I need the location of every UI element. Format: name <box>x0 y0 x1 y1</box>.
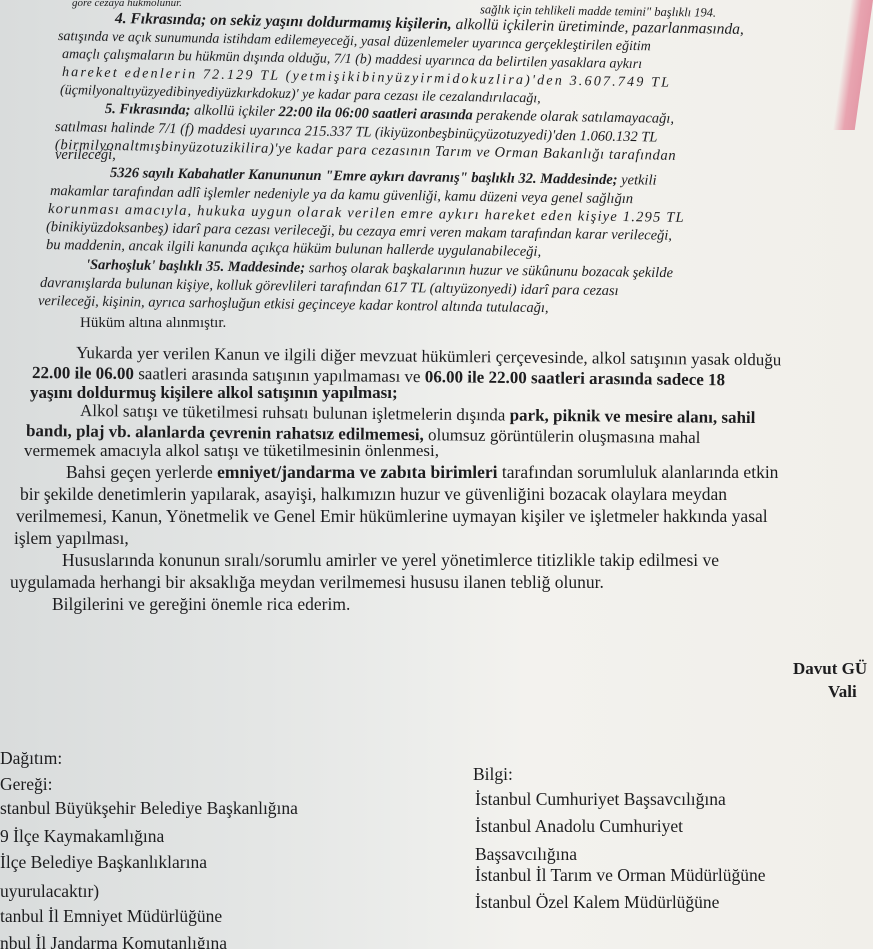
gereği-item: nbul İl Jandarma Komutanlığına <box>0 932 227 949</box>
bilgi-item: Başsavcılığına <box>475 843 577 865</box>
paragraph-line: bir şekilde denetimlerin yapılarak, asay… <box>20 483 727 505</box>
paragraph-line: Hüküm altına alınmıştır. <box>80 314 226 332</box>
paragraph-line: Bilgilerini ve gereğini önemle rica eder… <box>52 593 350 615</box>
paragraph-line: Bahsi geçen yerlerde emniyet/jandarma ve… <box>66 461 778 483</box>
gereği-item: tanbul İl Emniyet Müdürlüğüne <box>0 905 222 927</box>
gereği-label: Gereği: <box>0 773 52 795</box>
gereği-item: stanbul Büyükşehir Belediye Başkanlığına <box>0 797 298 819</box>
paragraph-line: uygulamada herhangi bir aksaklığa meydan… <box>10 571 604 593</box>
paragraph-line: Hususlarında konunun sıralı/sorumlu amir… <box>62 549 719 571</box>
paragraph-line: işlem yapılması, <box>14 527 129 549</box>
gereği-item: İlçe Belediye Başkanlıklarına <box>0 851 207 873</box>
paragraph-line: yaşını doldurmuş kişilere alkol satışını… <box>30 383 398 403</box>
bilgi-item: İstanbul Cumhuriyet Başsavcılığına <box>475 788 726 810</box>
paragraph-line: vermemek amacıyla alkol satışı ve tüketi… <box>24 441 439 461</box>
signature-title: Vali <box>828 683 857 701</box>
signature-name: Davut GÜ <box>793 660 867 678</box>
bilgi-item: İstanbul İl Tarım ve Orman Müdürlüğüne <box>475 864 766 886</box>
bilgi-label: Bilgi: <box>473 763 513 785</box>
bilgi-item: İstanbul Özel Kalem Müdürlüğüne <box>475 891 719 913</box>
paragraph-line: verilmemesi, Kanun, Yönetmelik ve Genel … <box>16 505 768 527</box>
distribution-heading: Dağıtım: <box>0 747 62 769</box>
gereği-item: 9 İlçe Kaymakamlığına <box>0 825 164 847</box>
bilgi-item: İstanbul Anadolu Cumhuriyet <box>475 815 683 837</box>
paragraph-line: verileceği, <box>55 146 116 164</box>
gereği-item: uyurulacaktır) <box>0 880 99 902</box>
paper-edge-background <box>833 0 873 130</box>
